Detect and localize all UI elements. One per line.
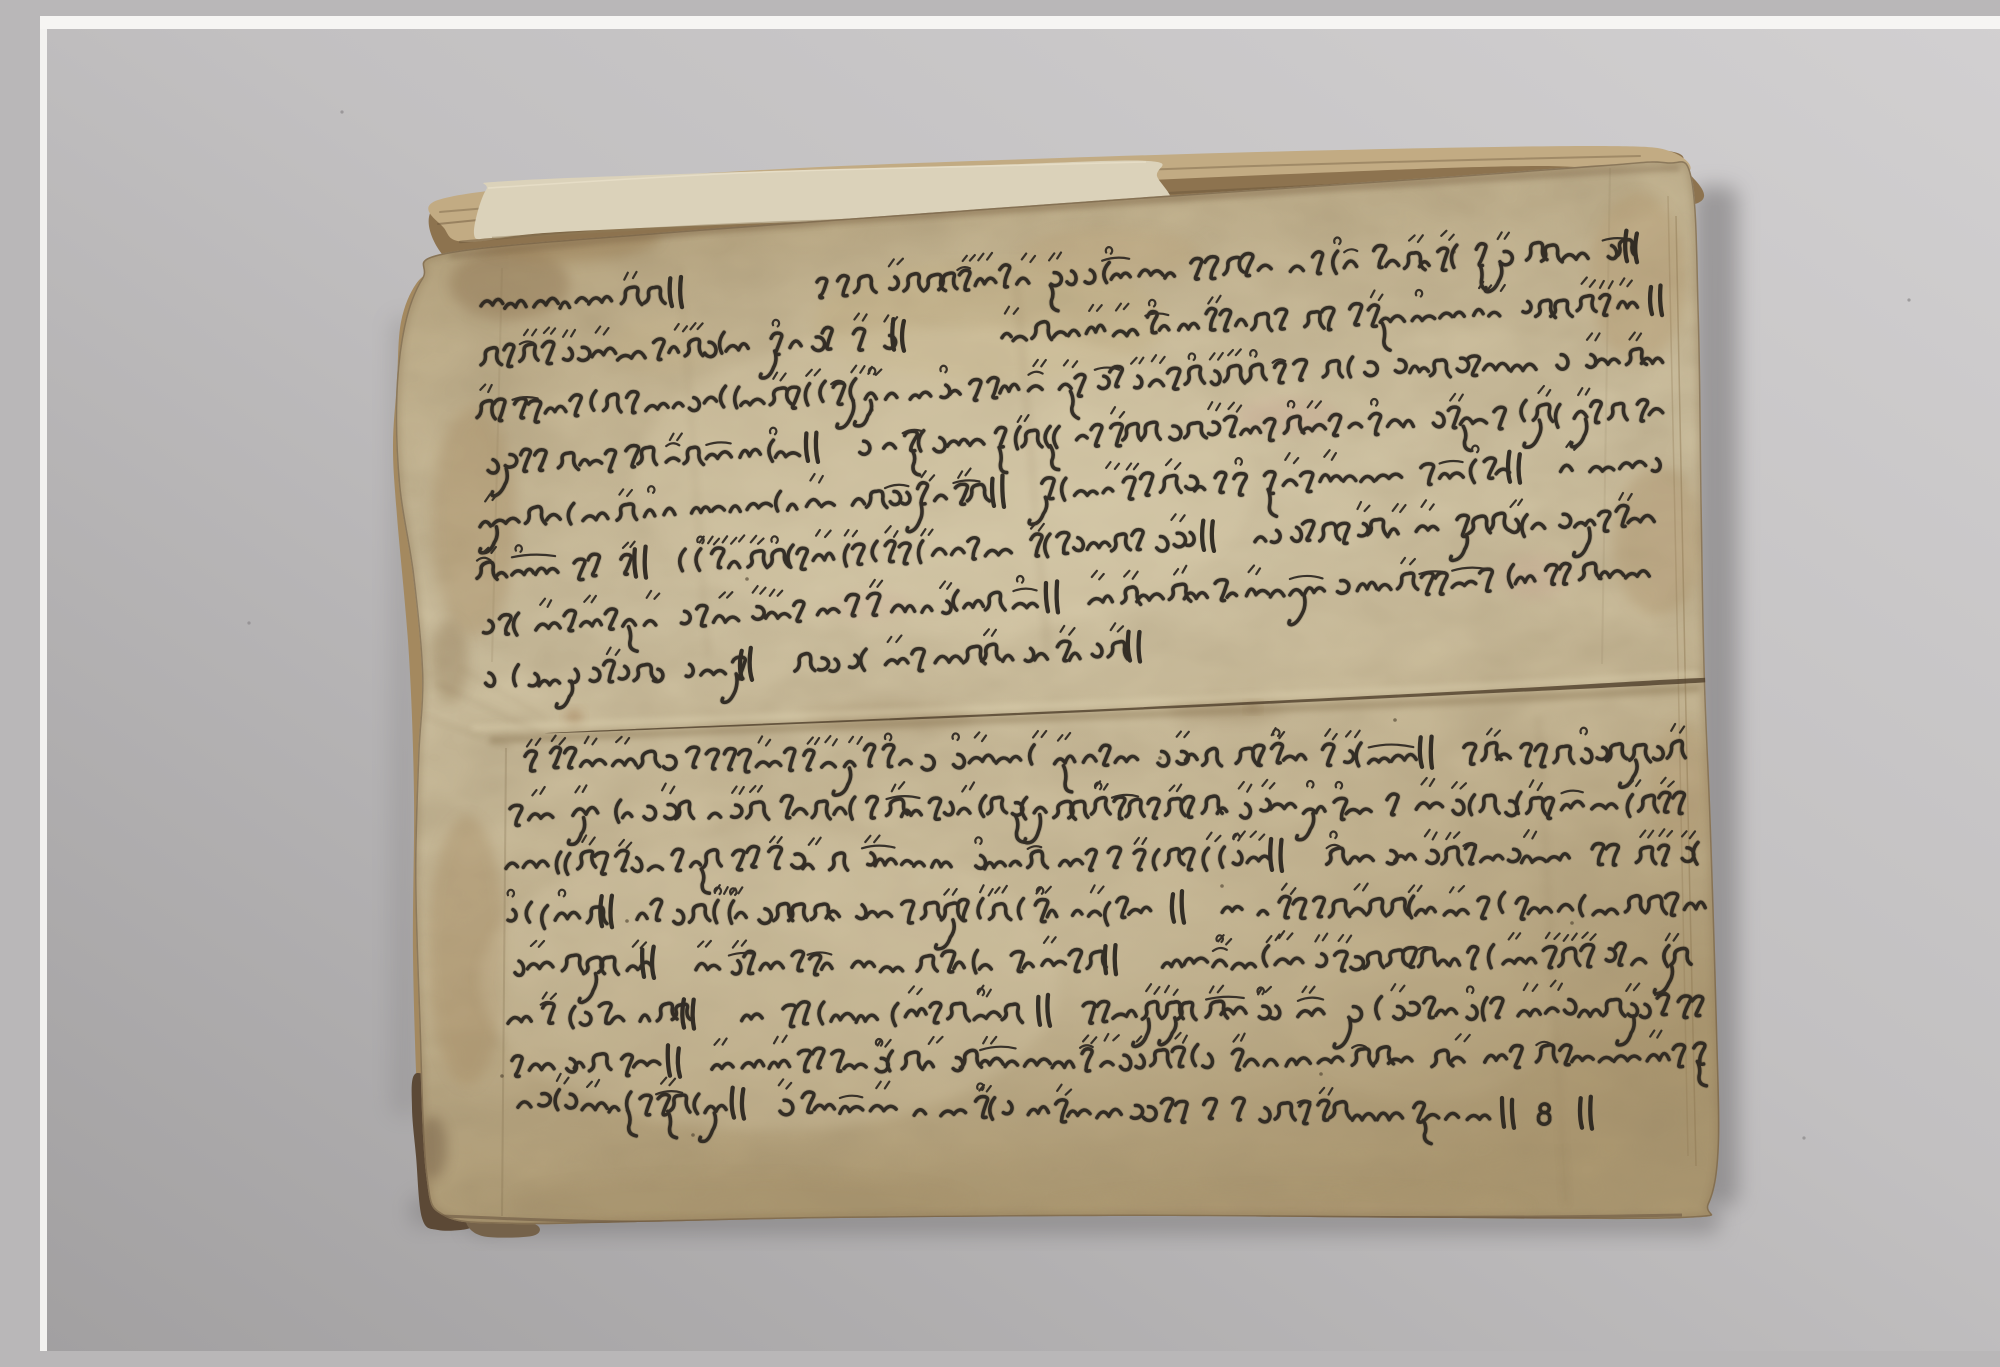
background-speck [247, 621, 250, 624]
paper-speck [500, 1074, 504, 1078]
paper-speck [1220, 884, 1224, 888]
paper-speck [745, 577, 749, 581]
manuscript-photo: Photograph of an open handwritten manusc… [40, 16, 2000, 1351]
page-details [380, 127, 1740, 1246]
paper-speck [1319, 1072, 1323, 1076]
paper-speck [691, 1133, 695, 1137]
paper-speck [1158, 756, 1162, 760]
paper-speck [625, 919, 629, 923]
paper-stain [1290, 913, 1560, 1103]
manuscript-photo-canvas [40, 16, 2000, 1351]
background-speck [1907, 298, 1910, 301]
background-speck [340, 110, 343, 113]
paper-speck [1393, 718, 1397, 722]
paper-stain [567, 711, 581, 723]
paper-speck [1570, 921, 1574, 925]
left-white-strip [40, 29, 47, 1351]
top-white-strip [40, 16, 2000, 29]
book [380, 127, 1740, 1246]
paper-stain [1613, 466, 1703, 616]
background-speck [1802, 1136, 1805, 1139]
